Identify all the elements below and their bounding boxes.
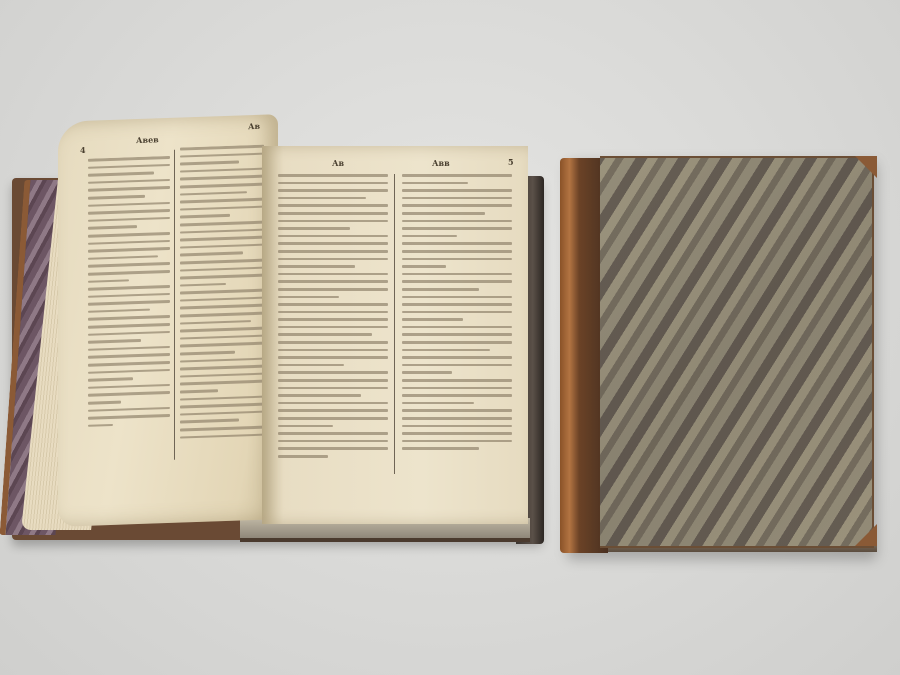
left-page-column-1: [88, 156, 170, 479]
left-page-column-2: [180, 145, 264, 460]
right-page-column-rule: [394, 174, 395, 474]
closed-book-marbled-board: [600, 156, 874, 548]
right-page-guide-word-right: Авв: [432, 158, 450, 168]
left-page: 4 Авев Ав: [58, 114, 278, 527]
left-page-header: Авев: [136, 134, 159, 145]
left-page-column-rule: [174, 150, 175, 460]
photo-scene: 4 Авев Ав Ав Авв 5: [0, 0, 900, 675]
right-page-number: 5: [508, 157, 514, 167]
right-page-column-1: [278, 174, 388, 476]
closed-book: [555, 150, 885, 560]
right-page-column-2: [402, 174, 512, 476]
left-page-number: 4: [80, 145, 86, 155]
right-page: Ав Авв 5: [262, 146, 528, 524]
left-page-guide-word: Ав: [248, 121, 260, 131]
open-book: 4 Авев Ав Ав Авв 5: [0, 0, 560, 560]
right-page-guide-word-left: Ав: [332, 158, 344, 168]
